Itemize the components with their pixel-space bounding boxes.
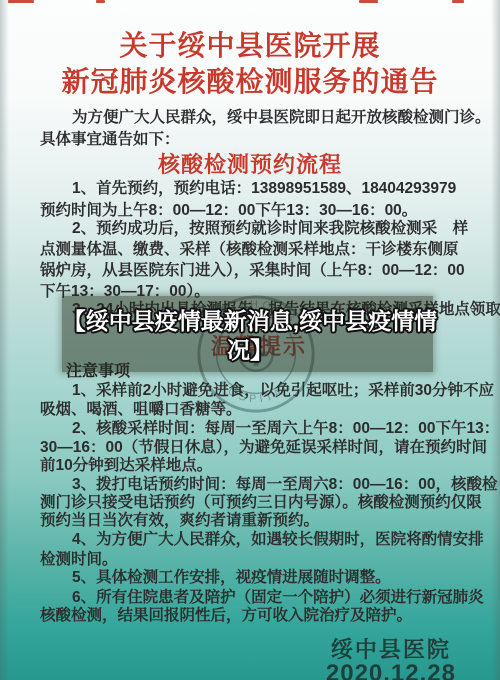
signature-block: 绥中县医院 2020.12.28 (326, 638, 456, 680)
process-line: 1、首先预约，预约电话：13898951589、18404293979 (72, 179, 456, 198)
top-red-fragment (452, 0, 464, 3)
overlay-caption-line1: 【绥中县疫情最新消息,绥中县疫情情 (0, 307, 500, 336)
note-line: 测门诊只接受电话预约（可预约三日内号源）。核酸检测预约仅限 (40, 493, 482, 512)
note-line: 1、采样前2小时避免进食，以免引起呕吐；采样前30分钟不应 (72, 381, 494, 400)
process-line: 锅炉房，从县医院东门进入），采集时间（上午8：00—12：00 (40, 261, 465, 280)
top-red-fragment (96, 0, 105, 3)
note-line: 2、核酸采样时间：每周一至周六上午8：00—12：00下午13： (72, 419, 499, 438)
note-line: 核酸检测，结果回报阴性后，方可收入院治疗及陪护。 (40, 606, 412, 625)
top-red-fragment (359, 0, 378, 3)
signature-date: 2020.12.28 (326, 662, 456, 680)
notice-poster: 关于绥中县医院开展 新冠肺炎核酸检测服务的通告 为方便广大人民群众，绥中县医院即… (0, 0, 500, 680)
process-heading: 核酸检测预约流程 (0, 148, 500, 179)
process-line: 点测量体温、缴费、采样（核酸检测采样地点：干诊楼东侧原 (40, 240, 459, 259)
note-line: 预约当日当次有效，爽约者请重新预约。 (40, 511, 319, 530)
note-line: 4、为方便广大人民群众，如遇较长假期时，医院将酌情安排 (72, 530, 484, 549)
note-line: 5、具体检测工作安排，视疫情进展随时调整。 (72, 568, 391, 587)
intro-line: 具体事宜通告如下： (40, 130, 180, 149)
note-line: 30—16：00（节假日休息），为避免延误采样时间，请在预约时间 (40, 438, 487, 457)
note-line: 前10分钟到达采样地点。 (40, 456, 212, 475)
top-red-fragment (8, 0, 34, 3)
signature-name: 绥中县医院 (326, 638, 456, 662)
process-line: 预约时间为上午8：00—12：00下午13：30—16：00。 (40, 201, 417, 220)
note-line: 6、所有住院患者及陪护（固定一个陪护）必须进行新冠肺炎 (72, 588, 484, 607)
note-line: 检测时间。 (40, 550, 118, 569)
overlay-caption-line2: 况】 (0, 336, 500, 365)
notice-title-line2: 新冠肺炎核酸检测服务的通告 (0, 66, 500, 98)
note-line: 3、拨打电话预约时间：每周一至周六8：00—16：00，核酸检 (72, 475, 497, 494)
process-line: 2、预约成功后，按照预约就诊时间来我院核酸检测采 样 (72, 219, 468, 238)
intro-line: 为方便广大人民群众，绥中县医院即日起开放核酸检测门诊。 (72, 108, 491, 127)
note-line: 吸烟、喝酒、咀嚼口香糖等。 (40, 400, 242, 419)
notice-title-line1: 关于绥中县医院开展 (0, 30, 500, 62)
